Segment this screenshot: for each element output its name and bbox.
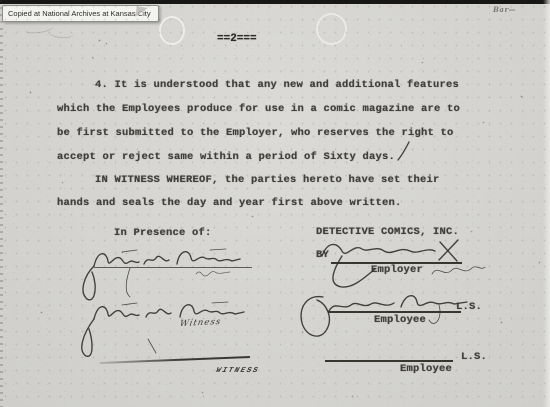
seal-label-1: L.S.	[456, 301, 482, 313]
handwritten-check-mark	[396, 140, 412, 162]
paragraph-line: accept or reject same within a period of…	[57, 151, 395, 163]
paragraph-line: IN WITNESS WHEREOF, the parties hereto h…	[95, 174, 440, 186]
witness-printed-annotation: WITNESS	[215, 367, 260, 375]
paragraph-line: hands and seals the day and year first a…	[57, 197, 402, 209]
employee-label-1: Employee	[374, 314, 426, 326]
faint-corner-mark: Bar—	[493, 5, 516, 14]
employee-label-2: Employee	[400, 363, 452, 375]
label-corner-fold	[135, 6, 147, 18]
employee-1-signature-line	[328, 311, 461, 313]
scanned-contract-page: Copied at National Archives at Kansas Ci…	[0, 0, 550, 407]
paragraph-line: which the Employees produce for use in a…	[57, 103, 460, 115]
scan-right-edge	[543, 0, 550, 407]
witness-1-underline	[94, 267, 252, 268]
scan-top-edge	[0, 0, 550, 4]
page-number-marker: ==2===	[217, 33, 257, 45]
paper-stain-ring	[316, 13, 347, 45]
seal-label-2: L.S.	[461, 351, 487, 363]
in-presence-of-heading: In Presence of:	[114, 227, 212, 239]
employer-handwritten-note	[428, 258, 488, 288]
paragraph-line: 4. It is understood that any new and add…	[95, 79, 459, 91]
scan-left-edge	[0, 0, 3, 407]
paper-stain-ring	[159, 16, 185, 45]
paper-crease	[48, 27, 75, 40]
employee-2-signature-line	[325, 360, 453, 362]
paragraph-line: be first submitted to the Employer, who …	[57, 127, 454, 139]
